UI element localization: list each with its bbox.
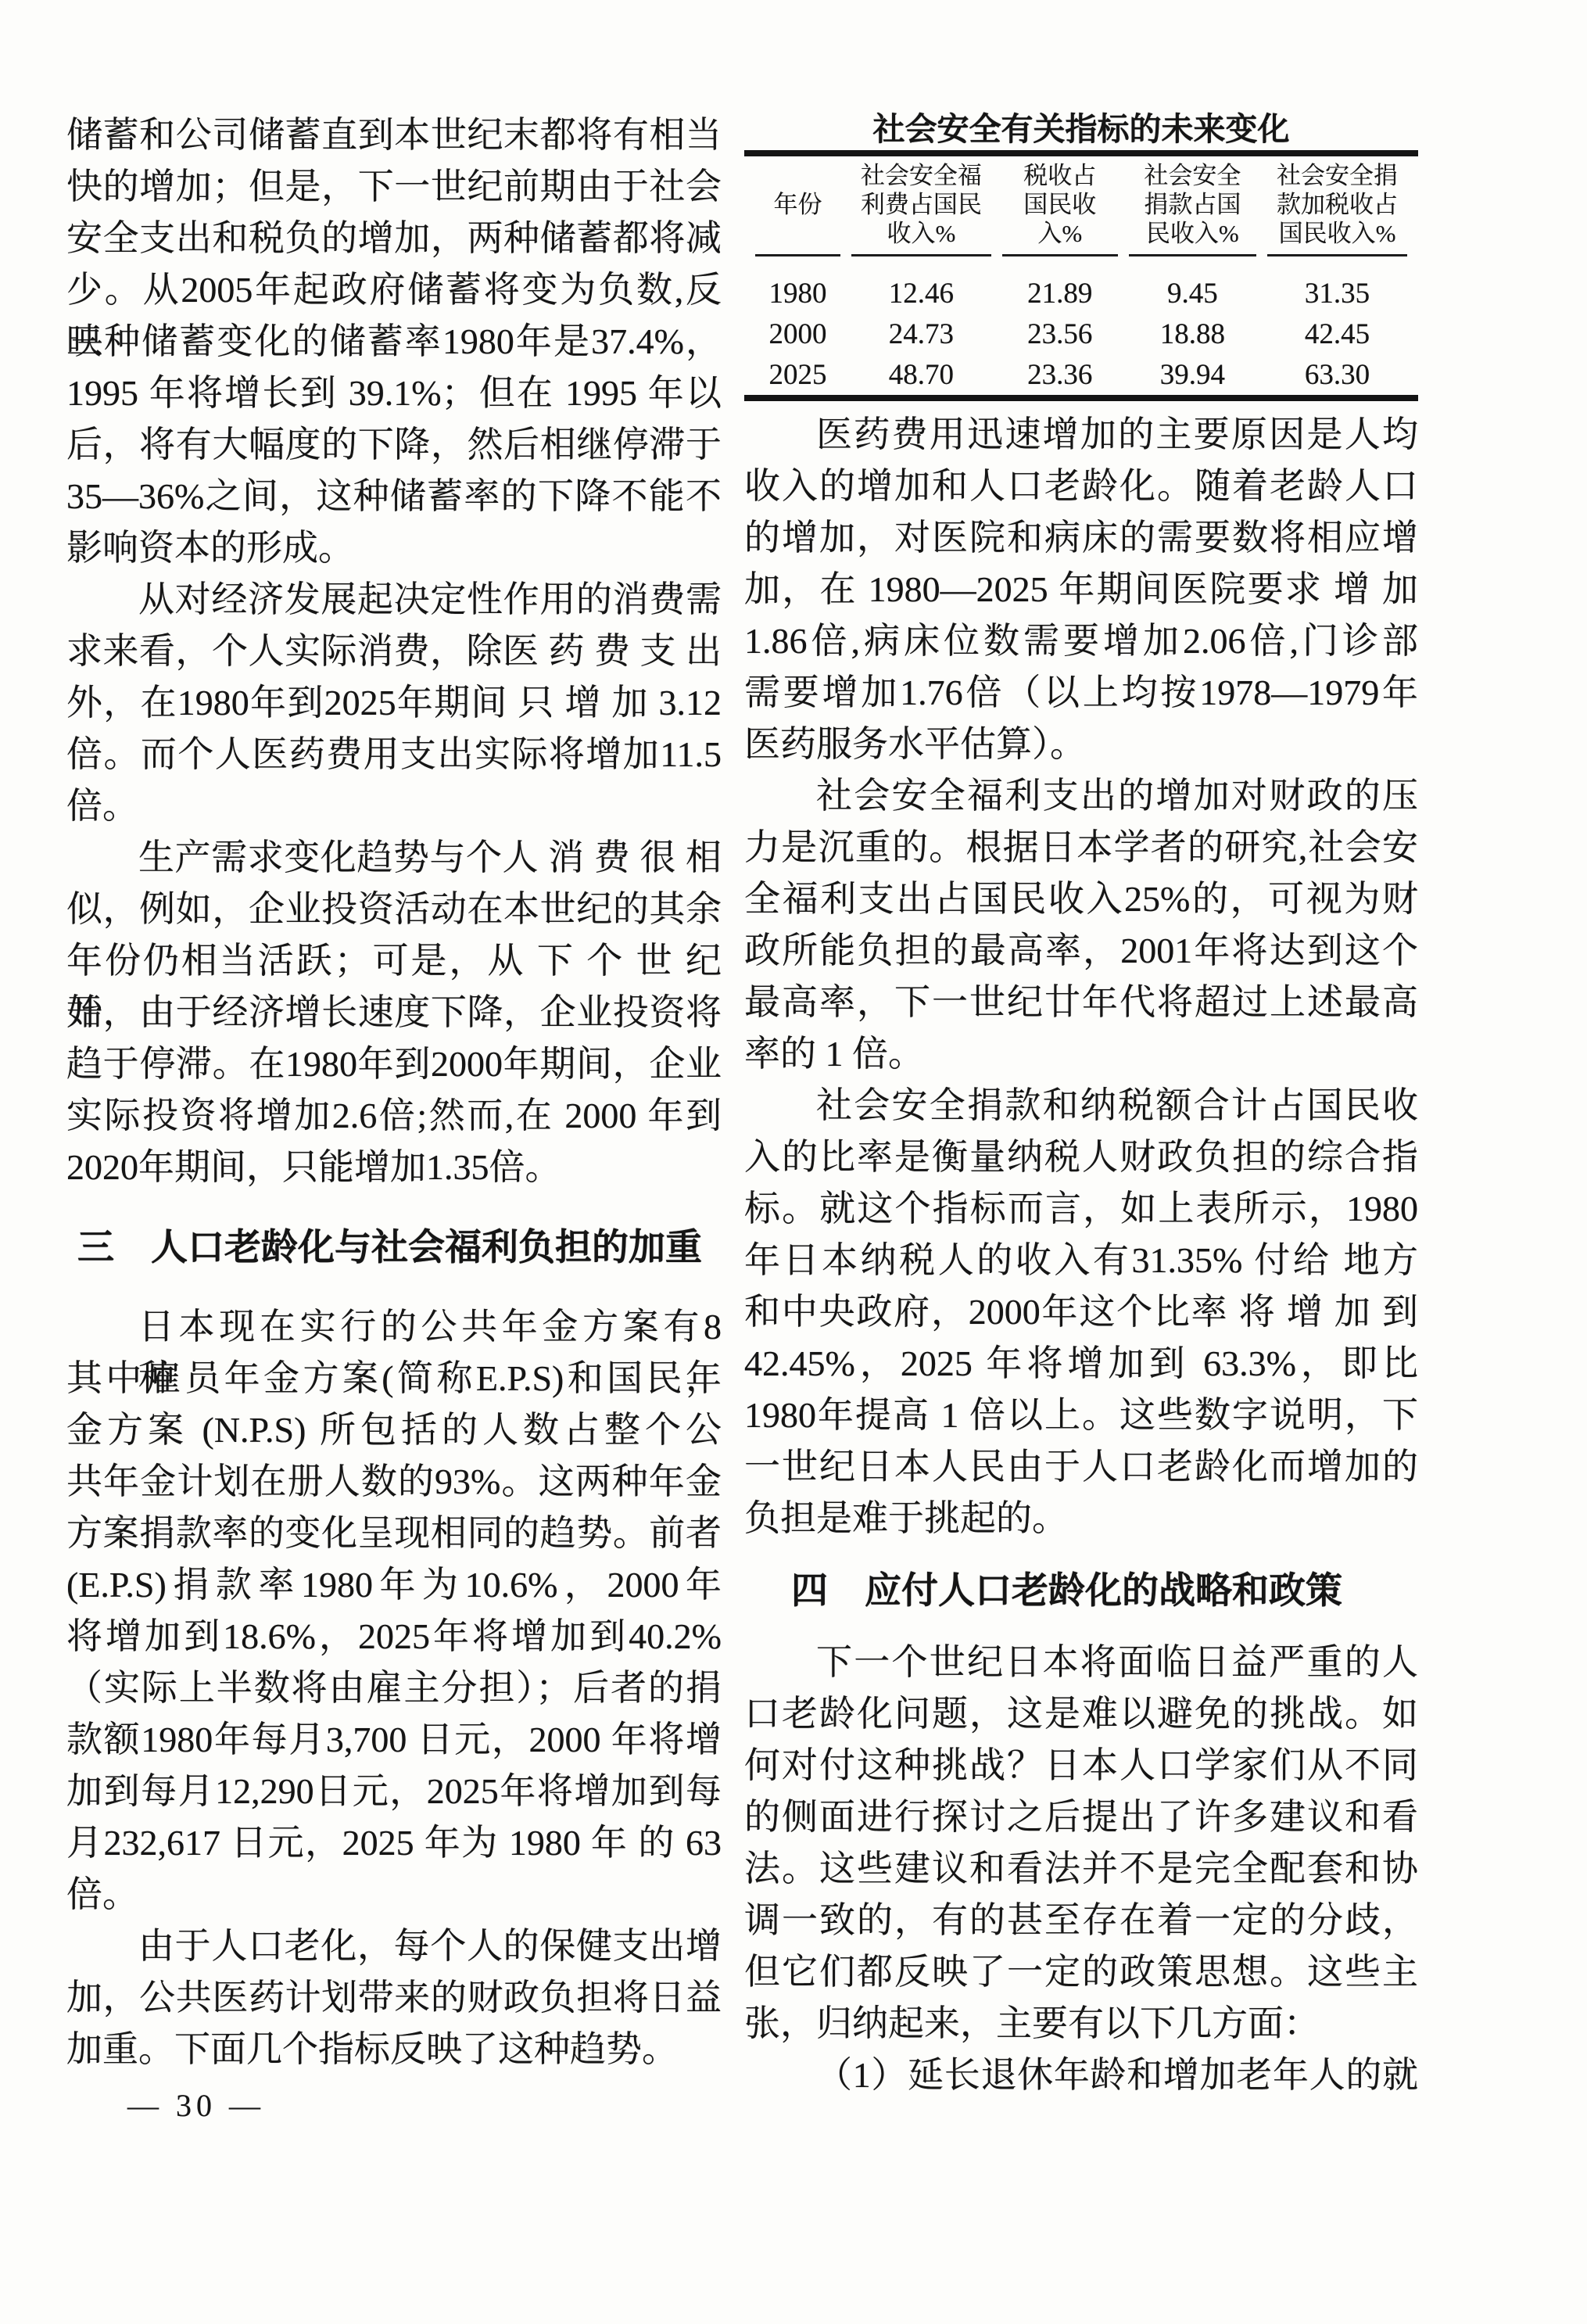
text-line: 外，在1980年到2025年期间 只 增 加 3.12 xyxy=(66,677,722,729)
text-line: 但它们都反映了一定的政策思想。这些主 xyxy=(744,1946,1418,1998)
table-cell: 42.45 xyxy=(1267,314,1407,354)
text-line: 款额1980年每月3,700 日元，2000 年将增 xyxy=(66,1714,722,1766)
text-line: 何对付这种挑战？日本人口学家们从不同 xyxy=(744,1740,1418,1791)
text-line: 实际投资将增加2.6倍;然而,在 2000 年到 xyxy=(66,1090,722,1142)
text-line: 全福利支出占国民收入25%的，可视为财 xyxy=(744,873,1418,925)
text-line: 少。从2005年起政府储蓄将变为负数,反映 xyxy=(66,264,722,316)
text-line: 似，例如，企业投资活动在本世纪的其余 xyxy=(66,884,722,935)
text-line: 1995 年将增长到 39.1%；但在 1995 年以 xyxy=(66,368,722,419)
text-line: 方案捐款率的变化呈现相同的趋势。前者 xyxy=(66,1508,722,1559)
text-line: 求来看，个人实际消费，除医 药 费 支 出 xyxy=(66,626,722,677)
table-row: 2000 24.73 23.56 18.88 42.45 xyxy=(755,314,1407,354)
indicators-table-grid: 年份 社会安全福 利费占国民 收入% 税收占 国民收 入% 社会安全 捐款占国 … xyxy=(744,150,1418,401)
text-line: 和中央政府，2000年这个比率 将 增 加 到 xyxy=(744,1286,1418,1338)
text-line: 金方案 (N.P.S) 所包括的人数占整个公 xyxy=(66,1404,722,1456)
text-line: （1）延长退休年龄和增加老年人的就 xyxy=(744,2050,1418,2101)
text-line: 需要增加1.76倍（以上均按1978—1979年 xyxy=(744,667,1418,719)
page-number: — 30 — xyxy=(127,2080,722,2132)
text-line: 下一个世纪日本将面临日益严重的人 xyxy=(744,1637,1418,1688)
text-line: 医药费用迅速增加的主要原因是人均 xyxy=(744,409,1418,461)
text-line: (E.P.S)捐款率1980年为10.6%，2000年 xyxy=(66,1559,722,1611)
text-line: 医药服务水平估算）。 xyxy=(744,719,1418,770)
section-heading-3: 三 人口老龄化与社会福利负担的加重 xyxy=(77,1221,722,1273)
text-line: 的增加，对医院和病床的需要数将相应增 xyxy=(744,512,1418,564)
text-line: 生产需求变化趋势与个人 消 费 很 相 xyxy=(66,832,722,884)
text-line: 一世纪日本人民由于人口老龄化而增加的 xyxy=(744,1441,1418,1493)
table-header-combined: 社会安全捐 款加税收占 国民收入% xyxy=(1267,156,1407,256)
text-line: 三种储蓄变化的储蓄率1980年是37.4%， xyxy=(66,316,722,368)
table-cell: 21.89 xyxy=(1002,256,1118,314)
text-line: 收入的增加和人口老龄化。随着老龄人口 xyxy=(744,461,1418,512)
text-line: 1.86倍,病床位数需要增加2.06倍,门诊部 xyxy=(744,615,1418,667)
text-line: 社会安全捐款和纳税额合计占国民收 xyxy=(744,1080,1418,1132)
table-cell: 39.94 xyxy=(1129,354,1256,395)
text-line: 倍。 xyxy=(66,1869,722,1921)
text-line: 年份仍相当活跃；可是，从 下 个 世 纪 开 xyxy=(66,935,722,987)
left-column: 储蓄和公司储蓄直到本世纪末都将有相当 快的增加；但是，下一世纪前期由于社会 安全… xyxy=(66,109,722,2132)
table-cell: 48.70 xyxy=(851,354,991,395)
scanned-document-page: 储蓄和公司储蓄直到本世纪末都将有相当 快的增加；但是，下一世纪前期由于社会 安全… xyxy=(0,0,1587,2324)
text-line: 从对经济发展起决定性作用的消费需 xyxy=(66,574,722,626)
text-line: 张，归纳起来，主要有以下几方面： xyxy=(744,1998,1418,2050)
table-row: 1980 12.46 21.89 9.45 31.35 xyxy=(755,256,1407,314)
text-line: 其中雇员年金方案(简称E.P.S)和国民年 xyxy=(66,1353,722,1404)
text-line: 政所能负担的最高率，2001年将达到这个 xyxy=(744,925,1418,977)
text-line: 储蓄和公司储蓄直到本世纪末都将有相当 xyxy=(66,109,722,161)
table-cell: 2025 xyxy=(755,354,840,395)
text-line: 快的增加；但是，下一世纪前期由于社会 xyxy=(66,161,722,213)
text-line: 入的比率是衡量纳税人财政负担的综合指 xyxy=(744,1132,1418,1183)
text-line: 倍。 xyxy=(66,780,722,832)
text-line: 趋于停滞。在1980年到2000年期间，企业 xyxy=(66,1038,722,1090)
text-line: 1980年提高 1 倍以上。这些数字说明，下 xyxy=(744,1390,1418,1441)
table-cell: 24.73 xyxy=(851,314,991,354)
right-column: 社会安全有关指标的未来变化 年份 社会安全福 利费占国民 收入% 税收占 国民收… xyxy=(744,109,1418,2101)
table-cell: 63.30 xyxy=(1267,354,1407,395)
section-heading-4: 四 应付人口老龄化的战略和政策 xyxy=(791,1565,1418,1616)
text-line: 调一致的，有的甚至存在着一定的分歧， xyxy=(744,1895,1418,1946)
table-header-tax: 税收占 国民收 入% xyxy=(1002,156,1118,256)
text-line: 35—36%之间，这种储蓄率的下降不能不 xyxy=(66,471,722,522)
table-header-year: 年份 xyxy=(755,156,840,256)
text-line: 标。就这个指标而言，如上表所示，1980 xyxy=(744,1183,1418,1235)
table-header-contribution: 社会安全 捐款占国 民收入% xyxy=(1129,156,1256,256)
text-line: 共年金计划在册人数的93%。这两种年金 xyxy=(66,1456,722,1508)
text-line: 社会安全福利支出的增加对财政的压 xyxy=(744,770,1418,822)
text-line: 法。这些建议和看法并不是完全配套和协 xyxy=(744,1843,1418,1895)
text-line: 力是沉重的。根据日本学者的研究,社会安 xyxy=(744,822,1418,873)
table-cell: 9.45 xyxy=(1129,256,1256,314)
text-line: 口老龄化问题，这是难以避免的挑战。如 xyxy=(744,1688,1418,1740)
text-line: 2020年期间，只能增加1.35倍。 xyxy=(66,1142,722,1193)
text-line: 加重。下面几个指标反映了这种趋势。 xyxy=(66,2024,722,2075)
text-line: 日本现在实行的公共年金方案有8种， xyxy=(66,1301,722,1353)
text-line: 影响资本的形成。 xyxy=(66,522,722,574)
text-line: 加，公共医药计划带来的财政负担将日益 xyxy=(66,1972,722,2024)
indicators-table: 社会安全有关指标的未来变化 年份 社会安全福 利费占国民 收入% 税收占 国民收… xyxy=(744,109,1418,401)
text-line: 最高率，下一世纪廿年代将超过上述最高 xyxy=(744,977,1418,1028)
table-cell: 23.56 xyxy=(1002,314,1118,354)
right-column-text: 医药费用迅速增加的主要原因是人均 收入的增加和人口老龄化。随着老龄人口 的增加，… xyxy=(744,409,1418,2101)
text-line: 42.45%，2025 年将增加到 63.3%，即比 xyxy=(744,1338,1418,1390)
table-cell: 18.88 xyxy=(1129,314,1256,354)
text-line: 后，将有大幅度的下降，然后相继停滞于 xyxy=(66,419,722,471)
text-line: 月232,617 日元，2025 年为 1980 年 的 63 xyxy=(66,1817,722,1869)
table-header-row: 年份 社会安全福 利费占国民 收入% 税收占 国民收 入% 社会安全 捐款占国 … xyxy=(755,156,1407,256)
text-line: 加到每月12,290日元，2025年将增加到每 xyxy=(66,1766,722,1817)
text-line: 由于人口老化，每个人的保健支出增 xyxy=(66,1921,722,1972)
text-line: 的侧面进行探讨之后提出了许多建议和看 xyxy=(744,1791,1418,1843)
table-cell: 23.36 xyxy=(1002,354,1118,395)
text-line: 年日本纳税人的收入有31.35% 付给 地方 xyxy=(744,1235,1418,1286)
text-line: 倍。而个人医药费用支出实际将增加11.5 xyxy=(66,729,722,780)
text-line: 加，在 1980—2025 年期间医院要求 增 加 xyxy=(744,564,1418,615)
text-line: 率的 1 倍。 xyxy=(744,1028,1418,1080)
text-line: 负担是难于挑起的。 xyxy=(744,1493,1418,1544)
table-header-welfare: 社会安全福 利费占国民 收入% xyxy=(851,156,991,256)
text-line: 将增加到18.6%，2025年将增加到40.2% xyxy=(66,1611,722,1662)
text-line: 始，由于经济增长速度下降，企业投资将 xyxy=(66,987,722,1038)
table-cell: 31.35 xyxy=(1267,256,1407,314)
table-row: 2025 48.70 23.36 39.94 63.30 xyxy=(755,354,1407,395)
text-line: （实际上半数将由雇主分担）；后者的捐 xyxy=(66,1662,722,1714)
table-cell: 1980 xyxy=(755,256,840,314)
table-title: 社会安全有关指标的未来变化 xyxy=(744,109,1418,149)
text-line: 安全支出和税负的增加，两种储蓄都将减 xyxy=(66,213,722,264)
table-cell: 2000 xyxy=(755,314,840,354)
table-cell: 12.46 xyxy=(851,256,991,314)
